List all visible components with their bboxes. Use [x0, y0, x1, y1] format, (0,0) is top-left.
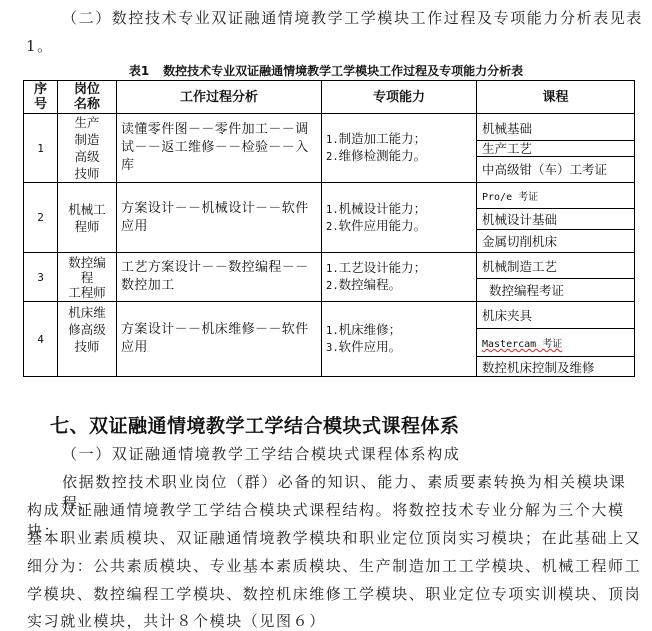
- course-item: 机床夹具: [477, 302, 634, 329]
- table-caption-title: 数控技术专业双证融通情境教学工学模块工作过程及专项能力分析表: [163, 64, 523, 78]
- course-item: 数控机床控制及维修: [477, 357, 634, 376]
- row-number: 1: [24, 114, 58, 183]
- row-process: 方案设计－－机床维修－－软件应用: [117, 302, 322, 377]
- row-courses: Pro/e 考证 机械设计基础 金属切削机床: [477, 183, 635, 253]
- course-item: 中高级钳（车）工考证: [477, 157, 634, 181]
- header-ability: 专项能力: [322, 81, 477, 114]
- intro-line-1: （二）数控技术专业双证融通情境教学工学模块工作过程及专项能力分析表见表: [62, 7, 652, 28]
- course-text: Pro/e 考证: [482, 188, 538, 203]
- body-line: 基本职业素质模块、双证融通情境教学模块和职业定位顶岗实习模块；在此基础上又: [27, 527, 652, 548]
- header-course: 课程: [477, 81, 635, 114]
- table-caption: 表1数控技术专业双证融通情境教学工学模块工作过程及专项能力分析表: [0, 62, 652, 79]
- header-num: 序号: [24, 81, 58, 114]
- ability-item: 1.制造加工能力；: [326, 131, 472, 148]
- ability-item: 2.数控编程。: [326, 277, 472, 294]
- row-position: 机床维 修高级 技师: [58, 302, 117, 377]
- table-row: 4 机床维 修高级 技师 方案设计－－机床维修－－软件应用 1.机床维修； 3.…: [24, 302, 635, 377]
- header-num-line: 号: [34, 97, 47, 112]
- row-number: 2: [24, 183, 58, 253]
- position-line: 机械工: [68, 202, 106, 217]
- table-header-row: 序号 岗位名称 工作过程分析 专项能力 课程: [24, 81, 635, 114]
- position-line: 修高级: [68, 322, 106, 337]
- position-line: 生产: [74, 115, 99, 130]
- course-item: 金属切削机床: [477, 230, 634, 252]
- row-abilities: 1.机床维修； 3.软件应用。: [322, 302, 477, 377]
- row-courses: 机械制造工艺 数控编程考证: [477, 253, 635, 302]
- course-item: 机械设计基础: [477, 209, 634, 230]
- course-item: 机械基础: [477, 116, 634, 141]
- position-line: 技师: [74, 339, 99, 354]
- row-number: 3: [24, 253, 58, 302]
- ability-item: 2.软件应用能力。: [326, 218, 472, 235]
- body-line: 学模块、数控编程工学模块、数控机床维修工学模块、职业定位专项实训模块、顶岗: [27, 583, 652, 604]
- row-courses: 机床夹具 Mastercam 考证 数控机床控制及维修: [477, 302, 635, 377]
- ability-item: 3.软件应用。: [326, 339, 472, 356]
- row-courses: 机械基础 生产工艺 中高级钳（车）工考证: [477, 114, 635, 183]
- section-heading: 七、双证融通情境教学工学结合模块式课程体系: [50, 411, 460, 438]
- table-row: 1 生产 制造 高级 技师 读懂零件图－－零件加工－－调试－－返工维修－－检验－…: [24, 114, 635, 183]
- header-position-line: 岗位: [74, 82, 100, 97]
- course-item: Pro/e 考证: [477, 183, 634, 209]
- table-row: 2 机械工 程师 方案设计－－机械设计－－软件应用 1.机械设计能力； 2.软件…: [24, 183, 635, 253]
- position-line: 机床维: [68, 305, 106, 320]
- course-item: 机械制造工艺: [477, 253, 634, 279]
- course-item: 生产工艺: [477, 141, 634, 157]
- row-process: 工艺方案设计－－数控编程－－数控加工: [117, 253, 322, 302]
- intro-line-2: 1。: [26, 35, 652, 56]
- row-position: 生产 制造 高级 技师: [58, 114, 117, 183]
- ability-item: 2.维修检测能力。: [326, 148, 472, 165]
- row-position: 数控编 程 工程师: [58, 253, 117, 302]
- row-abilities: 1.制造加工能力； 2.维修检测能力。: [322, 114, 477, 183]
- row-abilities: 1.工艺设计能力； 2.数控编程。: [322, 253, 477, 302]
- header-position-line: 名称: [74, 97, 100, 112]
- row-abilities: 1.机械设计能力； 2.软件应用能力。: [322, 183, 477, 253]
- header-num-line: 序: [34, 82, 47, 97]
- position-line: 数控编: [68, 255, 106, 270]
- course-text: Mastercam 考证: [482, 335, 562, 350]
- position-line: 程: [81, 270, 94, 285]
- row-number: 4: [24, 302, 58, 377]
- table-caption-number: 表1: [129, 64, 149, 78]
- table-row: 3 数控编 程 工程师 工艺方案设计－－数控编程－－数控加工 1.工艺设计能力；…: [24, 253, 635, 302]
- position-line: 工程师: [68, 285, 106, 300]
- position-line: 高级: [74, 149, 99, 164]
- ability-item: 1.工艺设计能力；: [326, 260, 472, 277]
- header-position: 岗位名称: [58, 81, 117, 114]
- row-process: 读懂零件图－－零件加工－－调试－－返工维修－－检验－－入库: [117, 114, 322, 183]
- position-line: 技师: [74, 166, 99, 181]
- course-item: Mastercam 考证: [477, 329, 634, 357]
- course-item: 数控编程考证: [477, 279, 634, 301]
- ability-item: 1.机床维修；: [326, 322, 472, 339]
- header-process: 工作过程分析: [117, 81, 322, 114]
- row-process: 方案设计－－机械设计－－软件应用: [117, 183, 322, 253]
- body-line: 实习就业模块，共计８个模块（见图６）: [27, 610, 652, 631]
- ability-item: 1.机械设计能力；: [326, 201, 472, 218]
- row-position: 机械工 程师: [58, 183, 117, 253]
- body-line: 细分为：公共素质模块、专业基本素质模块、生产制造加工工学模块、机械工程师工: [27, 555, 652, 576]
- position-line: 程师: [74, 219, 99, 234]
- section-subheading: （一）双证融通情境教学工学结合模块式课程体系构成: [62, 443, 652, 464]
- analysis-table: 序号 岗位名称 工作过程分析 专项能力 课程 1 生产 制造 高级 技师 读懂零…: [23, 80, 635, 377]
- position-line: 制造: [74, 132, 99, 147]
